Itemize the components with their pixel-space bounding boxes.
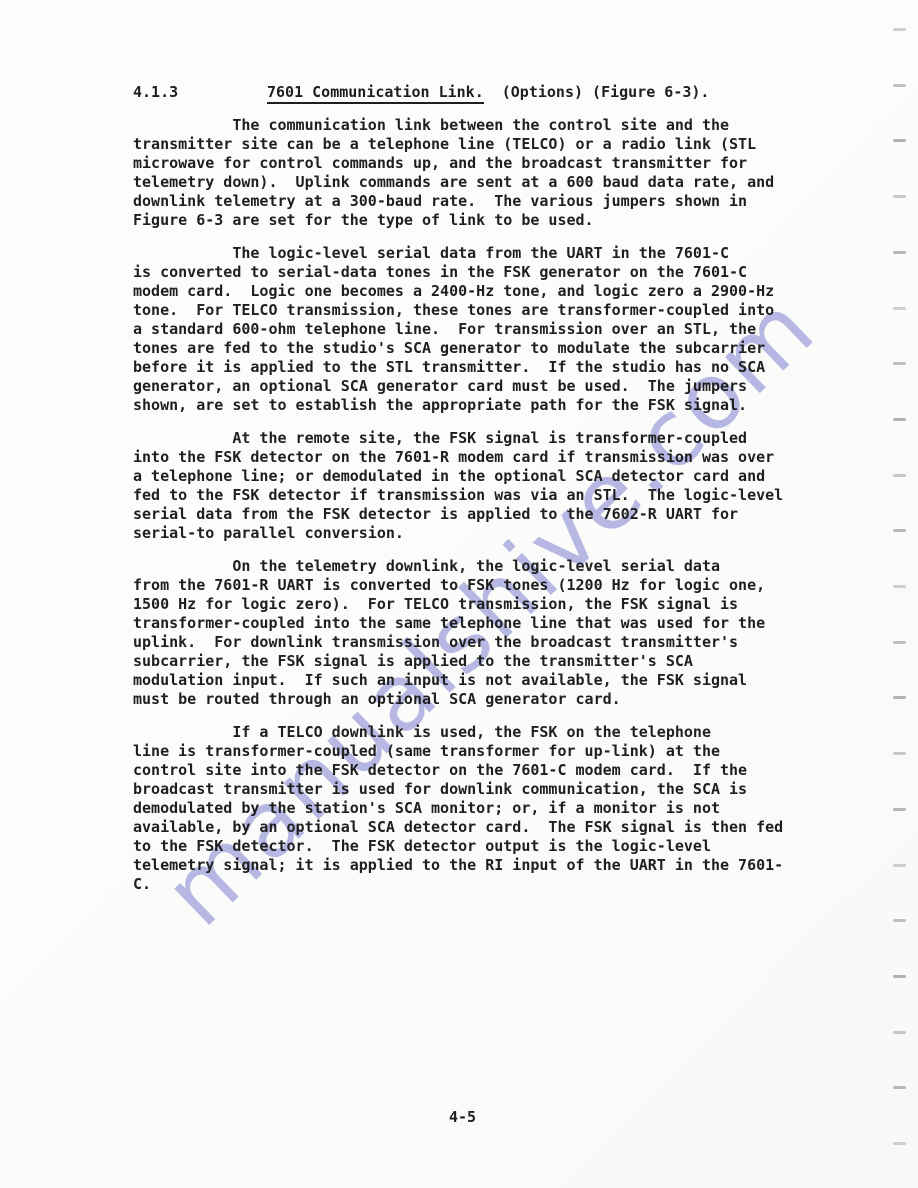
film-edge-dash xyxy=(893,696,906,699)
film-edge-dash xyxy=(893,195,906,198)
film-edge-dash xyxy=(893,752,906,755)
film-edge-dash xyxy=(893,418,906,421)
scanned-page: manualshive.com 4.1.37601 Communication … xyxy=(0,0,918,1188)
film-edge-dash xyxy=(893,585,906,588)
film-edge-dash xyxy=(893,251,906,254)
film-edge-dash xyxy=(893,864,906,867)
film-edge-dash xyxy=(893,529,906,532)
film-edge-dash xyxy=(893,1142,906,1145)
film-edge-dash xyxy=(893,28,906,31)
film-edge-dash xyxy=(893,1031,906,1034)
film-edge-dash xyxy=(893,641,906,644)
film-edge-dash xyxy=(893,975,906,978)
film-edge-dash xyxy=(893,307,906,310)
film-edge-dash xyxy=(893,1086,906,1089)
film-edge-dash xyxy=(893,84,906,87)
film-edge-dash xyxy=(893,919,906,922)
film-edge-dash xyxy=(893,808,906,811)
film-edge-dash xyxy=(893,139,906,142)
film-edge-dash xyxy=(893,474,906,477)
film-edge-marks xyxy=(0,0,918,1188)
film-edge-dash xyxy=(893,362,906,365)
